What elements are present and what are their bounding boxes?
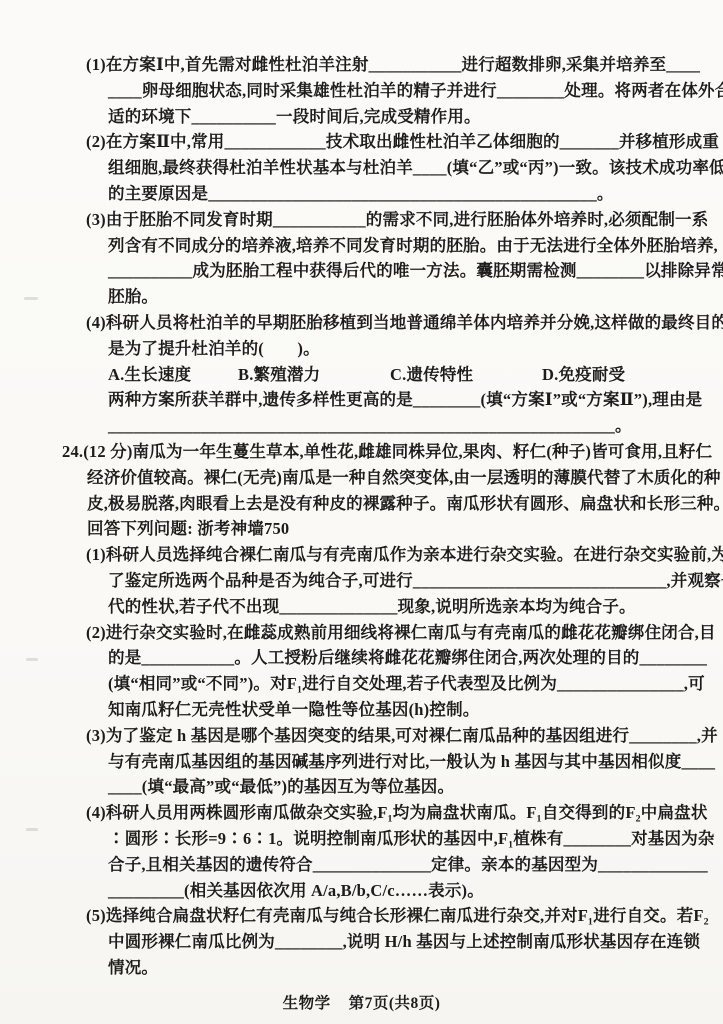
q23-item1-line2: ____卵母细胞状态,同时采集雄性杜泊羊的精子并进行________处理。将两者… bbox=[108, 78, 723, 104]
footer-page-info: 第7页(共8页) bbox=[349, 995, 441, 1012]
q23-item4-tail-line2: ________________________________________… bbox=[108, 413, 723, 439]
exam-page: (1)在方案Ⅰ中,首先需对雌性杜泊羊注射___________进行超数排卵,采集… bbox=[0, 0, 723, 1024]
q24-item4-line4: _________(相关基因依次用 A/a,B/b,C/c……表示)。 bbox=[108, 878, 723, 904]
q24-item5-line1: (5)选择纯合扁盘状籽仁有壳南瓜与纯合长形裸仁南瓜进行杂交,并对F₁进行自交。若… bbox=[86, 903, 723, 929]
q24-item1-line2: 了鉴定所选两个品种是否为纯合子,可进行_____________________… bbox=[108, 568, 723, 594]
q23-item3-line2: 列含有不同成分的培养液,培养不同发育时期的胚胎。由于无法进行全体外胚胎培养, bbox=[108, 233, 723, 259]
q24-item2-line1: (2)进行杂交实验时,在雌蕊成熟前用细线将裸仁南瓜与有壳南瓜的雌花花瓣绑住闭合,… bbox=[86, 620, 723, 646]
q24-item1-line1: (1)科研人员选择纯合裸仁南瓜与有壳南瓜作为亲本进行杂交实验。在进行杂交实验前,… bbox=[86, 542, 723, 568]
q24-stem-line3: 皮,极易脱落,肉眼看上去是没有种皮的裸露种子。南瓜形状有圆形、扁盘状和长形三种。 bbox=[87, 491, 723, 517]
q23-item1-line3: 适的环境下__________一段时间后,完成受精作用。 bbox=[108, 104, 723, 130]
q24-item4-line3: 合子,且相关基因的遗传符合______________定律。亲本的基因型为___… bbox=[108, 852, 723, 878]
q24-item2-line4: 知南瓜籽仁无壳性状受单一隐性等位基因(h)控制。 bbox=[108, 697, 723, 723]
q23-item4-line1: (4)科研人员将杜泊羊的早期胚胎移植到当地普通绵羊体内培养并分娩,这样做的最终目… bbox=[86, 310, 723, 336]
page-footer: 生物学第7页(共8页) bbox=[0, 991, 723, 1013]
scan-artifact bbox=[26, 658, 38, 661]
q24-stem-line1: 24.(12 分)南瓜为一年生蔓生草本,单性花,雌雄同株异位,果肉、籽仁(种子)… bbox=[62, 439, 723, 465]
q23-item3-line1: (3)由于胚胎不同发育时期___________的需求不同,进行胚胎体外培养时,… bbox=[86, 207, 723, 233]
footer-subject: 生物学 bbox=[283, 995, 331, 1012]
q24-item4-line1: (4)科研人员用两株圆形南瓜做杂交实验,F₁均为扁盘状南瓜。F₁自交得到的F₂中… bbox=[86, 800, 723, 826]
q23-item3-line4: 胚胎。 bbox=[108, 284, 723, 310]
q24-item3-line3: ____(填“最高”或“最低”)的基因互为等位基因。 bbox=[108, 774, 723, 800]
q23-item1-line1: (1)在方案Ⅰ中,首先需对雌性杜泊羊注射___________进行超数排卵,采集… bbox=[86, 52, 723, 78]
q23-item4-line2: 是为了提升杜泊羊的( )。 bbox=[108, 336, 723, 362]
q24-item5-line2: 中圆形裸仁南瓜比例为________,说明 H/h 基因与上述控制南瓜形状基因存… bbox=[108, 929, 723, 955]
q24-item3-line1: (3)为了鉴定 h 基因是哪个基因突变的结果,可对裸仁南瓜品种的基因组进行___… bbox=[86, 723, 723, 749]
q24-stem-line2: 经济价值较高。裸仁(无壳)南瓜是一种自然突变体,由一层透明的薄膜代替了木质化的种 bbox=[87, 465, 723, 491]
q23-item4-tail-line1: 两种方案所获羊群中,遗传多样性更高的是________(填“方案Ⅰ”或“方案Ⅱ”… bbox=[108, 387, 723, 413]
q24-item4-line2: ∶圆形∶长形=9∶6∶1。说明控制南瓜形状的基因中,F₁植株有________对… bbox=[108, 826, 723, 852]
option-d: D.免疫耐受 bbox=[542, 362, 625, 388]
option-b: B.繁殖潜力 bbox=[238, 362, 390, 388]
q24-item5-line3: 情况。 bbox=[108, 955, 723, 981]
scan-artifact bbox=[24, 297, 38, 300]
q24-item2-line3: (填“相同”或“不同”)。对F₁进行自交处理,若子代表型及比例为________… bbox=[108, 671, 723, 697]
q23-options-row: A.生长速度 B.繁殖潜力 C.遗传特性 D.免疫耐受 bbox=[108, 362, 723, 388]
option-c: C.遗传特性 bbox=[390, 362, 542, 388]
q24-item3-line2: 与有壳南瓜基因组的基因碱基序列进行对比,一般认为 h 基因与其中基因相似度___… bbox=[108, 749, 723, 775]
q23-item3-line3: __________成为胚胎工程中获得后代的唯一方法。囊胚期需检测_______… bbox=[108, 258, 723, 284]
option-a: A.生长速度 bbox=[108, 362, 238, 388]
q24-stem-line4: 回答下列问题: 浙考神墙750 bbox=[87, 516, 723, 542]
scan-artifact bbox=[26, 828, 38, 831]
q23-item2-line2: 组细胞,最终获得杜泊羊性状基本与杜泊羊____(填“乙”或“丙”)一致。该技术成… bbox=[108, 155, 723, 181]
q24-item1-line3: 代的性状,若子代不出现______________现象,说明所选亲本均为纯合子。 bbox=[108, 594, 723, 620]
q24-item2-line2: 的是___________。人工授粉后继续将雌花花瓣绑住闭合,两次处理的目的__… bbox=[108, 645, 723, 671]
q23-item2-line3: 的主要原因是__________________________________… bbox=[108, 181, 723, 207]
q23-item2-line1: (2)在方案Ⅱ中,常用____________技术取出雌性杜泊羊乙体细胞的___… bbox=[86, 129, 723, 155]
